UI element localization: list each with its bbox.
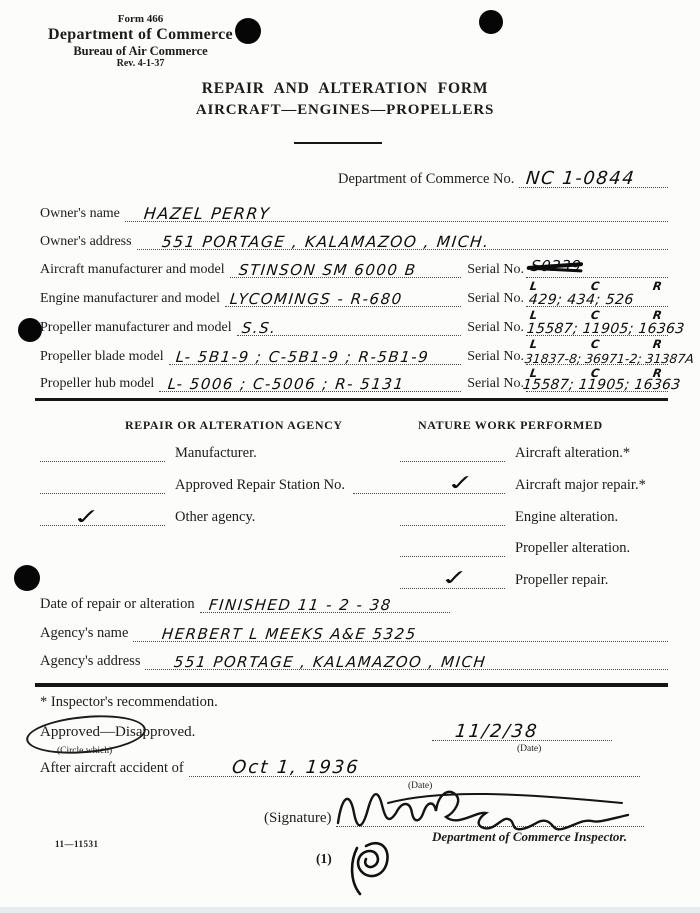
field-label: Aircraft manufacturer and model (40, 262, 230, 278)
accident-date-row: After aircraft accident of Oct 1, 1936 (40, 755, 640, 777)
field-line: L- 5B1-9 ; C-5B1-9 ; R-5B1-9 (169, 342, 462, 365)
field-line: HERBERT L MEEKS A&E 5325 (133, 619, 668, 642)
agency-name-row: Agency's name HERBERT L MEEKS A&E 5325 (40, 620, 668, 642)
handwritten-serial: 31837-8; 36971-2; 31387A (524, 351, 695, 366)
field-line: Oct 1, 1936 (189, 754, 640, 777)
serial-label: Serial No. (461, 376, 526, 392)
serial-line: 15587; 11905; 16363 (526, 313, 668, 336)
signature-label: (Signature) (264, 810, 336, 827)
field-line: 551 PORTAGE , KALAMAZOO , MICH (145, 647, 668, 670)
title-line-1: REPAIR AND ALTERATION FORM (0, 80, 690, 98)
serial-label: Serial No. (461, 262, 526, 278)
revision-note: Rev. 4-1-37 (38, 58, 243, 70)
serial-label: Serial No. (461, 349, 526, 365)
handwritten-scribble-mark (344, 838, 394, 896)
department-name: Department of Commerce (38, 26, 243, 44)
form-print-number: 11—11531 (55, 839, 99, 849)
bureau-name: Bureau of Air Commerce (38, 44, 243, 58)
checklist-item-other-agency: ✓ Other agency. (40, 504, 255, 526)
handwritten-serial: 15587; 11905; 16363 (522, 377, 681, 393)
field-line: 551 PORTAGE , KALAMAZOO , MICH. (137, 227, 668, 250)
handwritten-serial: 429; 434; 526 (528, 292, 635, 308)
field-label: Engine manufacturer and model (40, 291, 225, 307)
hub-row: Propeller hub model L- 5006 ; C-5006 ; R… (40, 370, 668, 392)
check-line: ✓ (400, 566, 505, 589)
form-number: Form 466 (38, 13, 243, 26)
propeller-row: Propeller manufacturer and model S.S. Se… (40, 314, 668, 336)
handwritten-value: L- 5B1-9 ; C-5B1-9 ; R-5B1-9 (175, 348, 430, 366)
aircraft-row: Aircraft manufacturer and model STINSON … (40, 256, 668, 278)
checkmark-icon: ✓ (71, 506, 102, 529)
field-label: After aircraft accident of (40, 760, 189, 777)
inspector-signature (330, 783, 640, 831)
serial-label: Serial No. (461, 291, 526, 307)
checklist-label: Engine alteration. (505, 509, 618, 526)
date-line: 11/2/38 (432, 718, 612, 741)
checklist-item-propeller-repair: ✓ Propeller repair. (400, 567, 608, 589)
repair-date-row: Date of repair or alteration FINISHED 11… (40, 591, 450, 613)
serial-line: 429; 434; 526 (526, 284, 668, 307)
field-label: Propeller hub model (40, 376, 159, 392)
check-line (400, 439, 505, 462)
form-letterhead: Form 466 Department of Commerce Bureau o… (38, 13, 243, 70)
checklist-item-manufacturer: Manufacturer. (40, 440, 257, 462)
field-line: L- 5006 ; C-5006 ; R- 5131 (159, 369, 461, 392)
field-line: LYCOMINGS - R-680 (225, 284, 461, 307)
page-number: (1) (316, 851, 332, 867)
checklist-label: Other agency. (165, 509, 255, 526)
owner-address-row: Owner's address 551 PORTAGE , KALAMAZOO … (40, 228, 668, 250)
handwritten-serial: 15587; 11905; 16363 (526, 321, 685, 337)
doc-no-line: NC 1-0844 (519, 165, 668, 188)
page-title: REPAIR AND ALTERATION FORM AIRCRAFT—ENGI… (0, 80, 690, 119)
checklist-label: Aircraft major repair.* (505, 477, 646, 494)
handwritten-value: STINSON SM 6000 B (238, 261, 418, 279)
checklist-label: Propeller repair. (505, 572, 608, 589)
checklist-item-engine-alteration: Engine alteration. (400, 504, 618, 526)
scan-edge-band (0, 907, 700, 913)
handwritten-value: Oct 1, 1936 (231, 757, 361, 778)
checklist-label: Propeller alteration. (505, 540, 630, 557)
approval-date-row: 11/2/38 (432, 719, 612, 741)
checkmark-icon: ✓ (445, 472, 476, 495)
check-line (400, 534, 505, 557)
checklist-item-aircraft-major-repair: ✓ Aircraft major repair.* (400, 472, 646, 494)
check-line (400, 503, 505, 526)
checkmark-icon: ✓ (439, 567, 470, 590)
agency-section-header: REPAIR OR ALTERATION AGENCY (125, 418, 343, 433)
punch-hole (479, 10, 503, 34)
inspector-note: * Inspector's recommendation. (40, 694, 218, 711)
checklist-item-repair-station: Approved Repair Station No. (40, 472, 421, 494)
struck-serial-value: S0239 (530, 257, 582, 275)
check-line: ✓ (400, 471, 505, 494)
field-label: Propeller blade model (40, 349, 169, 365)
field-line: HAZEL PERRY (125, 199, 668, 222)
serial-line: 31837-8; 36971-2; 31387A (526, 342, 668, 365)
handwritten-value: L- 5006 ; C-5006 ; R- 5131 (167, 375, 405, 393)
title-line-2: AIRCRAFT—ENGINES—PROPELLERS (0, 102, 690, 119)
field-label: Agency's name (40, 625, 133, 642)
serial-label: Serial No. (461, 320, 526, 336)
engine-row: Engine manufacturer and model LYCOMINGS … (40, 285, 668, 307)
check-line (40, 439, 165, 462)
field-label: Owner's name (40, 206, 125, 222)
field-line: STINSON SM 6000 B (230, 255, 462, 278)
agency-address-row: Agency's address 551 PORTAGE , KALAMAZOO… (40, 648, 668, 670)
signature-caption: Department of Commerce Inspector. (432, 829, 627, 845)
date-caption: (Date) (517, 744, 541, 754)
checklist-item-aircraft-alteration: Aircraft alteration.* (400, 440, 630, 462)
handwritten-value: HERBERT L MEEKS A&E 5325 (161, 625, 418, 643)
title-divider (294, 142, 382, 144)
handwritten-value: FINISHED 11 - 2 - 38 (208, 596, 393, 614)
field-label: Owner's address (40, 234, 137, 250)
punch-hole (18, 318, 42, 342)
punch-hole (14, 565, 40, 591)
section-divider (35, 398, 668, 401)
check-line (40, 471, 165, 494)
field-label: Propeller manufacturer and model (40, 320, 237, 336)
owner-name-row: Owner's name HAZEL PERRY (40, 200, 668, 222)
checklist-label: Approved Repair Station No. (165, 477, 345, 494)
field-line: FINISHED 11 - 2 - 38 (200, 590, 450, 613)
handwritten-value: 551 PORTAGE , KALAMAZOO , MICH (173, 653, 487, 671)
doc-no-label: Department of Commerce No. (338, 171, 519, 188)
serial-line: S0239 (526, 255, 668, 278)
nature-section-header: NATURE WORK PERFORMED (418, 418, 603, 433)
scanned-form-page: Form 466 Department of Commerce Bureau o… (0, 0, 700, 913)
doc-no-row: Department of Commerce No. NC 1-0844 (338, 166, 668, 188)
checklist-label: Manufacturer. (165, 445, 257, 462)
handwritten-date: 11/2/38 (454, 721, 540, 742)
handwritten-value: 551 PORTAGE , KALAMAZOO , MICH. (161, 233, 491, 251)
field-label: Date of repair or alteration (40, 596, 200, 613)
field-label: Agency's address (40, 653, 145, 670)
handwritten-value: S.S. (241, 319, 277, 337)
checklist-item-propeller-alteration: Propeller alteration. (400, 535, 630, 557)
doc-no-value: NC 1-0844 (525, 168, 636, 189)
serial-line: 15587; 11905; 16363 (526, 369, 668, 392)
handwritten-value: HAZEL PERRY (143, 204, 271, 223)
check-line: ✓ (40, 503, 165, 526)
field-line: S.S. (237, 313, 462, 336)
checklist-label: Aircraft alteration.* (505, 445, 630, 462)
blade-row: Propeller blade model L- 5B1-9 ; C-5B1-9… (40, 343, 668, 365)
section-divider (35, 683, 668, 687)
handwritten-value: LYCOMINGS - R-680 (229, 290, 404, 308)
